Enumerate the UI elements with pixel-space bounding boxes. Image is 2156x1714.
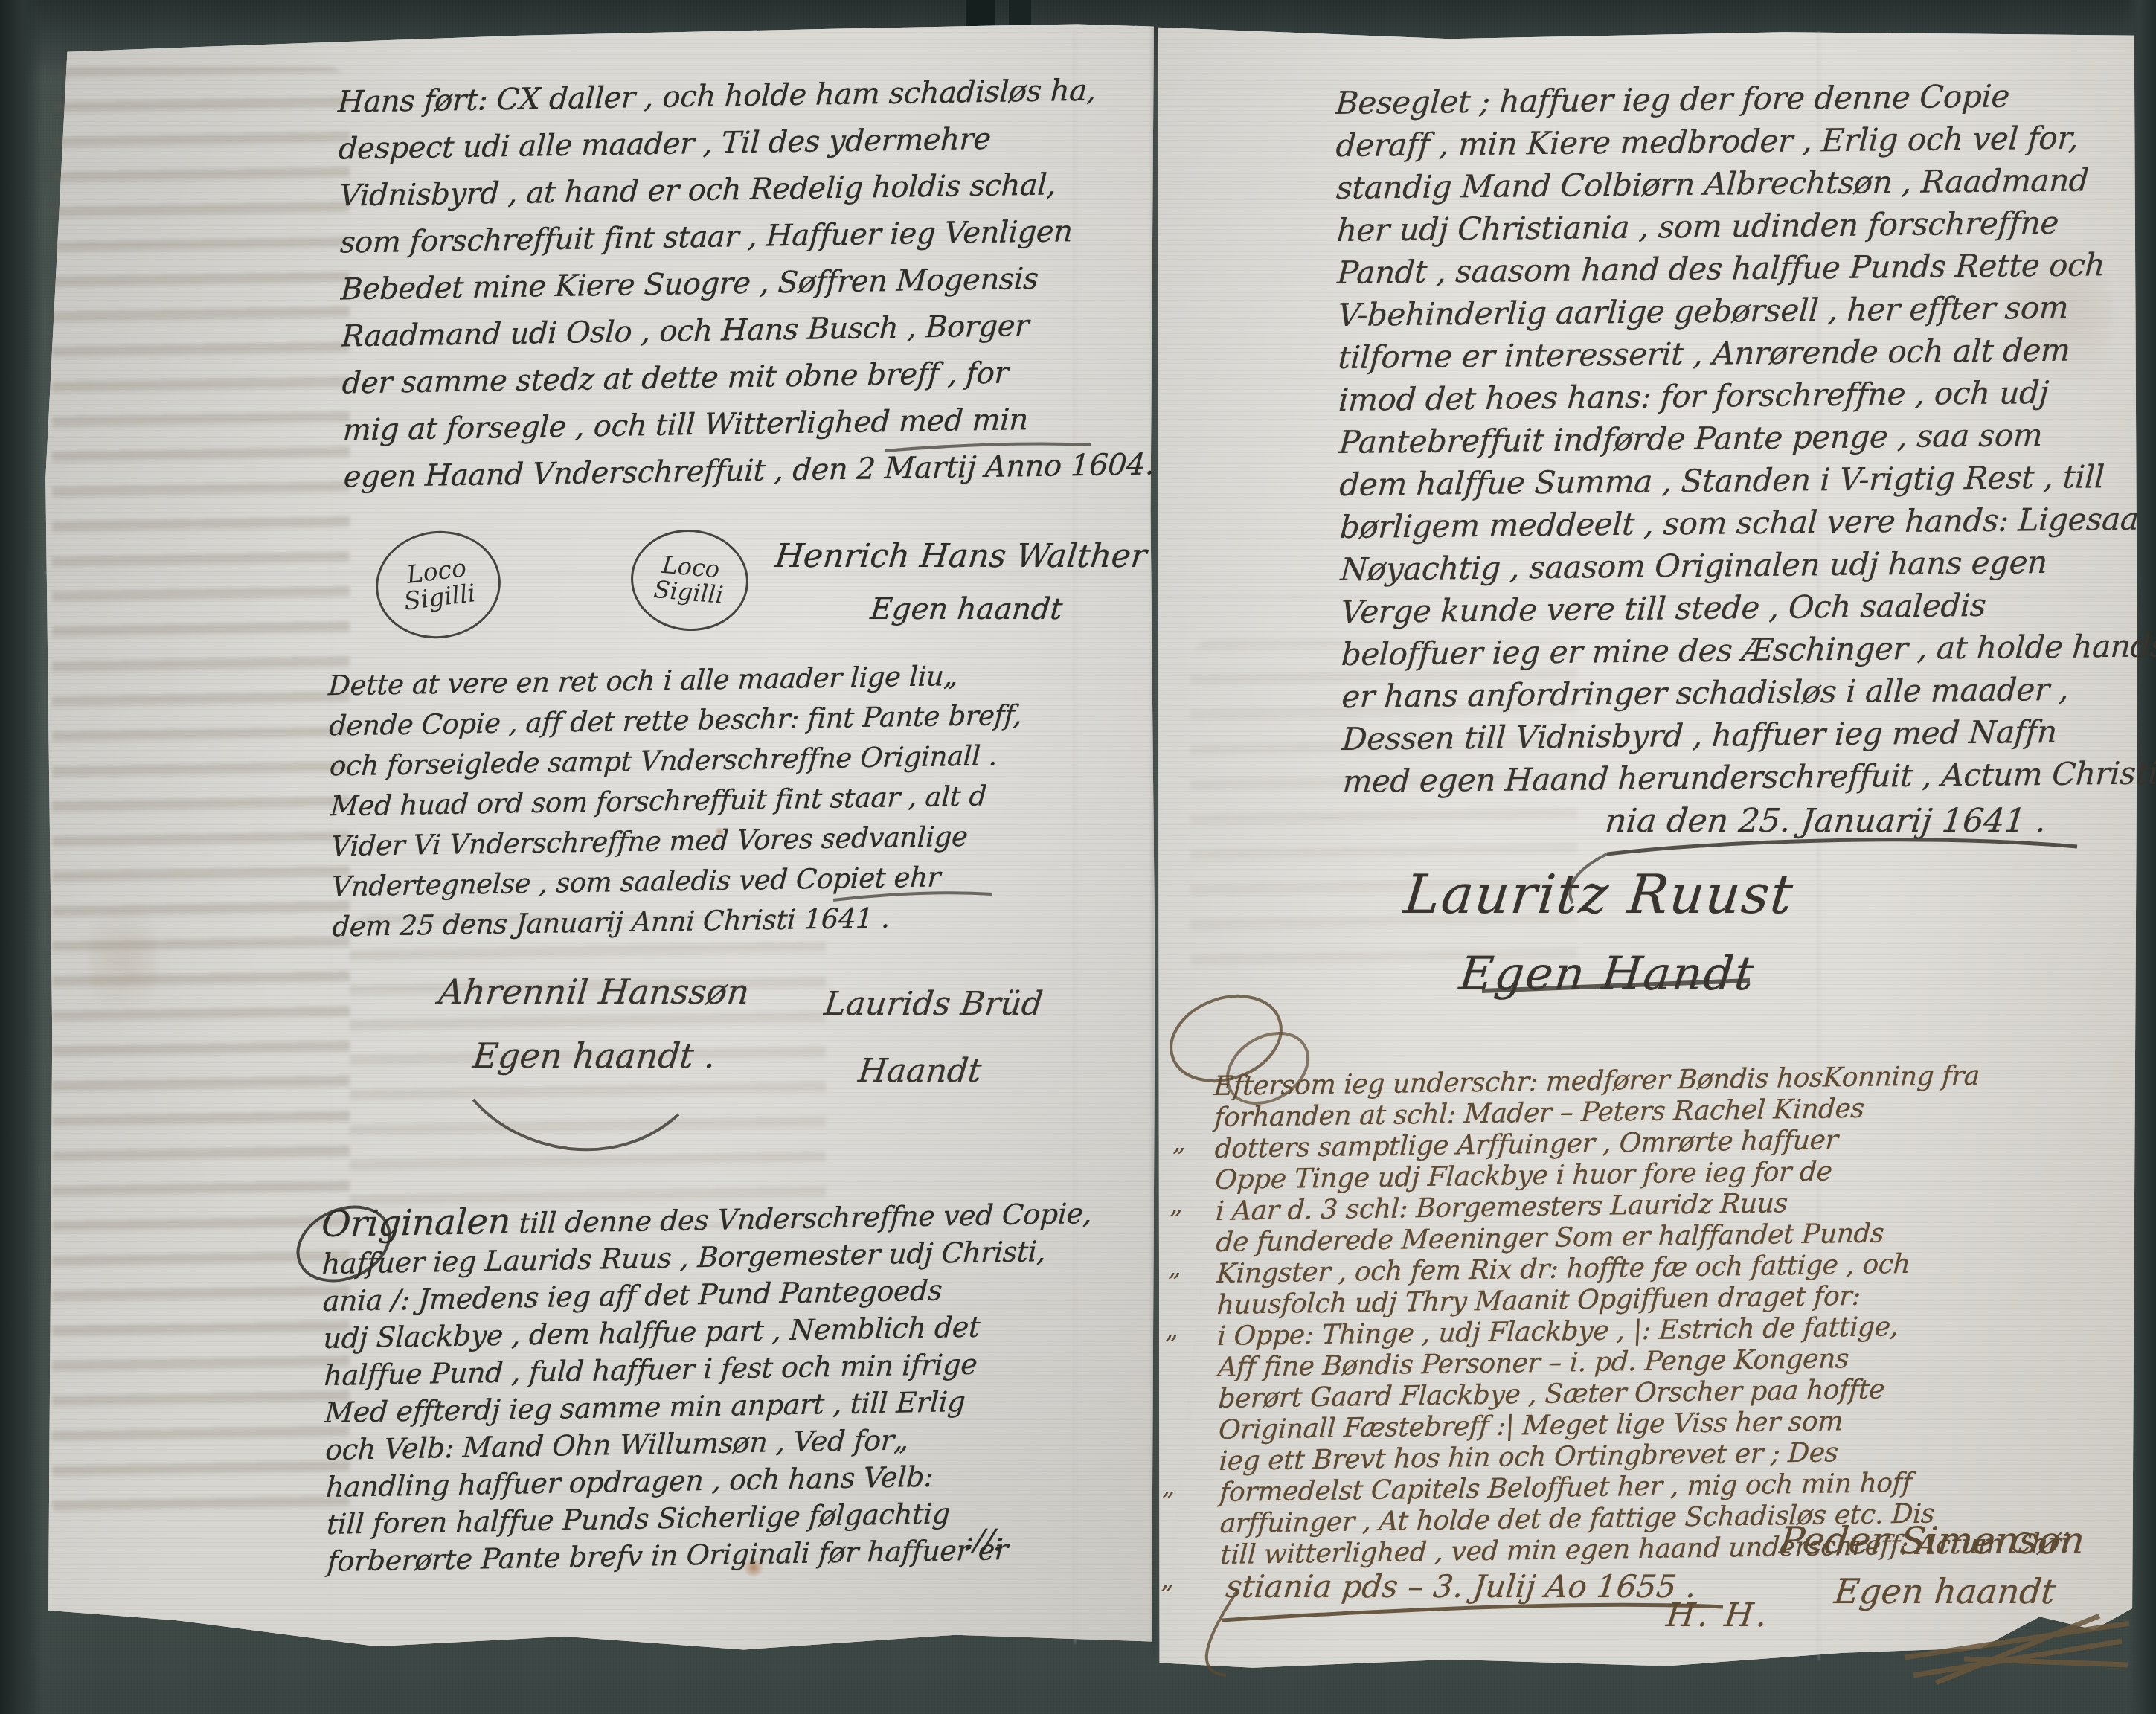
signature: Egen haandt — [1832, 1571, 2057, 1611]
end-mark: ://: — [963, 1524, 1007, 1558]
background-left-edge-shadow — [0, 0, 43, 1714]
margin-quote-mark: „ — [1162, 1471, 1175, 1501]
signature: Egen haandt . — [471, 1036, 717, 1076]
left-main-text-block: Hans ført: CX daller , och holde ham sch… — [338, 66, 1155, 501]
signature: Ahrennil Hanssøn — [437, 972, 751, 1012]
archive-photo: Hans ført: CX daller , och holde ham sch… — [0, 0, 2156, 1714]
seal-text: Sigilli — [402, 580, 477, 614]
margin-quote-mark: „ — [1161, 1565, 1174, 1595]
right-1655-note-block: Eftersom ieg underschr: medfører Bøndis … — [1213, 1059, 2069, 1571]
dateline-1641: nia den 25. Januarij 1641 . — [1603, 802, 2048, 840]
main-signature: Lauritz Ruust — [1402, 863, 1797, 925]
dateline-1655: stiania pds – 3. Julij Ao 1655 . — [1224, 1568, 1698, 1605]
witness-signature: Henrich Hans Walther — [773, 537, 1148, 575]
right-main-text-block: Beseglet ; haffuer ieg der fore denne Co… — [1335, 73, 2156, 803]
notary-initials: H. H. — [1664, 1596, 1771, 1634]
margin-quote-mark: „ — [1170, 1190, 1183, 1220]
signature: Laurids Brüd — [822, 985, 1045, 1023]
margin-quote-mark: „ — [1172, 1128, 1186, 1158]
main-signature: Egen Handt — [1457, 946, 1758, 1001]
signature: Peder Simensøn — [1777, 1519, 2087, 1562]
left-attestation-block: Dette at vere en ret och i alle maader l… — [328, 655, 1025, 948]
signature: Haandt — [856, 1052, 983, 1090]
margin-quote-mark: „ — [1165, 1315, 1178, 1345]
left-original-note-block: Originalen till denne des Vnderschreffne… — [321, 1193, 1098, 1580]
margin-quote-mark: „ — [1168, 1253, 1181, 1283]
seal-text: Sigilli — [652, 577, 724, 609]
witness-signature: Egen haandt — [869, 592, 1065, 626]
manuscript-line: med egen Haand herunderschreffuit , Actu… — [1341, 751, 2156, 803]
flourished-word: Originalen — [321, 1201, 512, 1245]
